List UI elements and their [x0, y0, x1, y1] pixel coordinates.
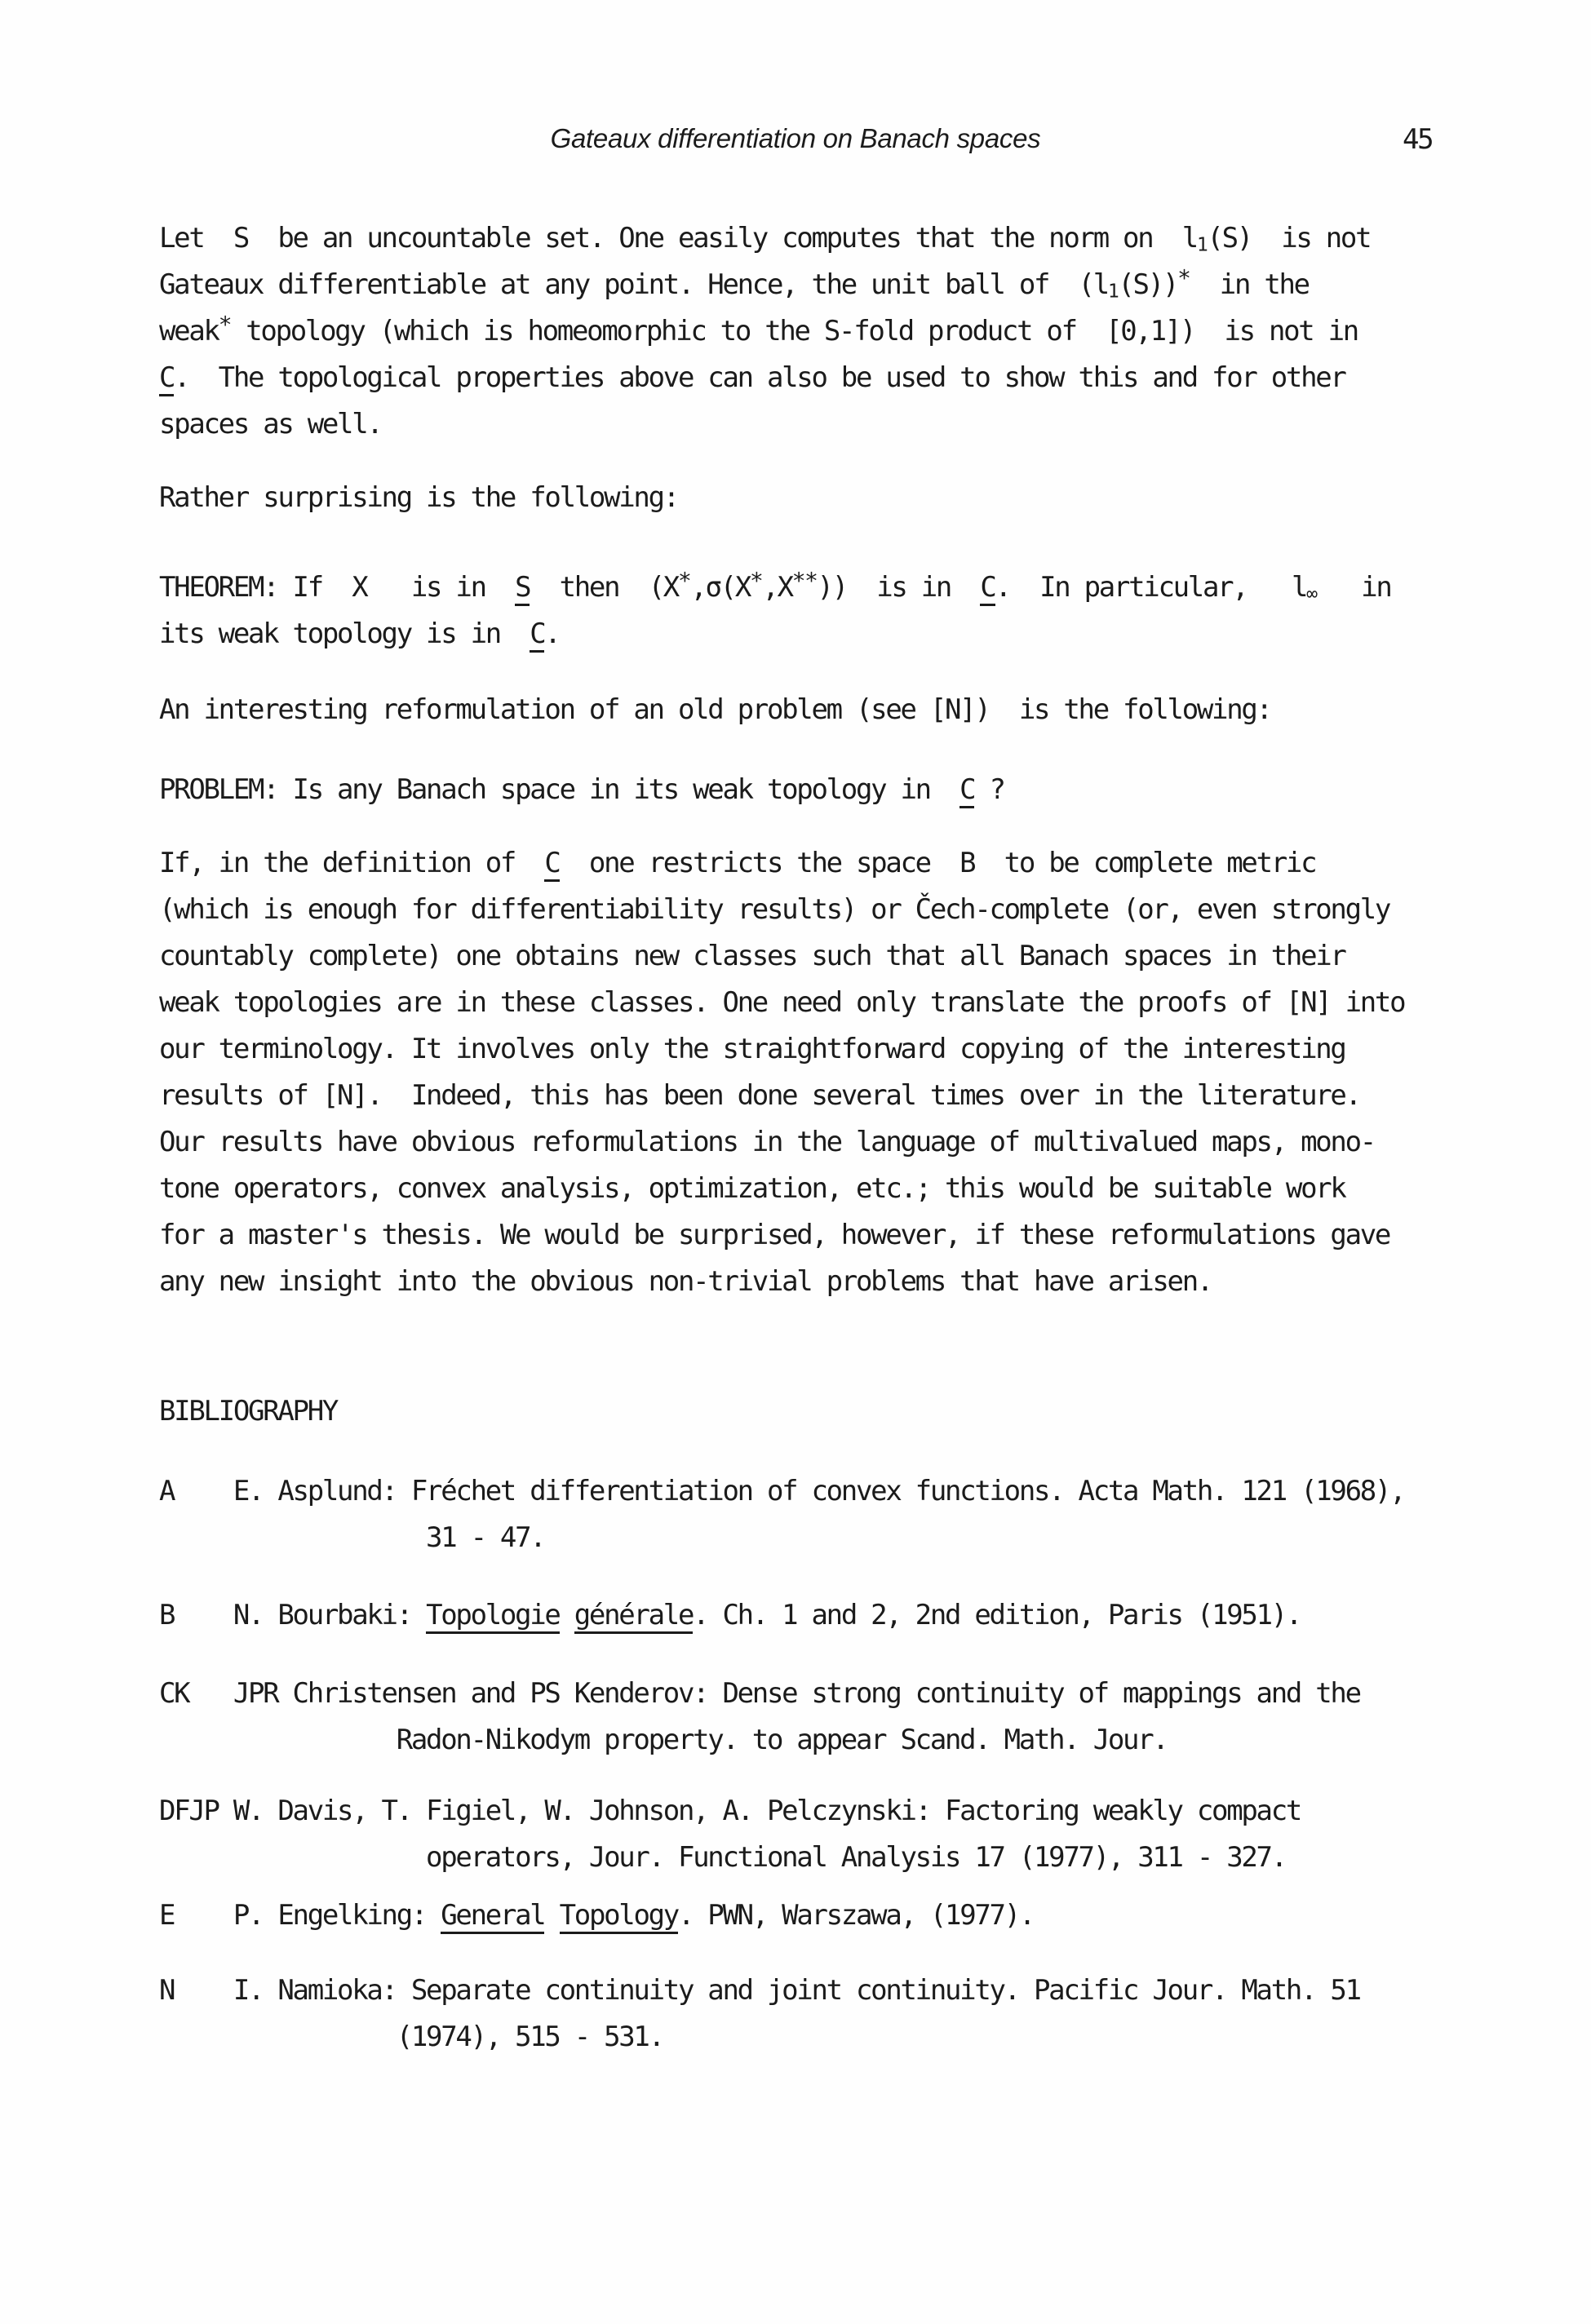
bib-line: E P. Engelking: General Topology. PWN, W… [159, 1892, 1034, 1939]
text-line: weak* topology (which is homeomorphic to… [159, 308, 1370, 355]
bib-entry-namioka: N I. Namioka: Separate continuity and jo… [159, 1968, 1360, 2061]
scanned-paper-page: Gateaux differentiation on Banach spaces… [0, 0, 1591, 2324]
text-line: Gateaux differentiable at any point. Hen… [159, 262, 1370, 308]
bib-entry-dfjp: DFJP W. Davis, T. Figiel, W. Johnson, A.… [159, 1788, 1301, 1881]
bibliography-heading: BIBLIOGRAPHY [159, 1388, 337, 1435]
text-line: THEOREM: If X is in S then (X*,σ(X*,X**)… [159, 564, 1391, 611]
bib-entry-asplund: A E. Asplund: Fréchet differentiation of… [159, 1468, 1404, 1561]
text-line: spaces as well. [159, 401, 1370, 448]
bib-entry-bourbaki: B N. Bourbaki: Topologie générale. Ch. 1… [159, 1592, 1301, 1639]
paragraph-intro: Let S be an uncountable set. One easily … [159, 215, 1370, 448]
text-line: Let S be an uncountable set. One easily … [159, 215, 1370, 262]
text-line: If, in the definition of C one restricts… [159, 840, 1404, 887]
paragraph-problem: PROBLEM: Is any Banach space in its weak… [159, 767, 1004, 813]
bib-line: 31 - 47. [159, 1515, 1404, 1561]
paragraph-theorem: THEOREM: If X is in S then (X*,σ(X*,X**)… [159, 564, 1391, 657]
bib-line: operators, Jour. Functional Analysis 17 … [159, 1835, 1301, 1881]
text-line: An interesting reformulation of an old p… [159, 687, 1271, 733]
bib-entry-engelking: E P. Engelking: General Topology. PWN, W… [159, 1892, 1034, 1939]
bib-line: B N. Bourbaki: Topologie générale. Ch. 1… [159, 1592, 1301, 1639]
text-line: our terminology. It involves only the st… [159, 1026, 1404, 1073]
bib-entry-christensen-kenderov: CK JPR Christensen and PS Kenderov: Dens… [159, 1671, 1360, 1764]
running-head-title: Gateaux differentiation on Banach spaces [0, 122, 1591, 155]
text-line: its weak topology is in C. [159, 611, 1391, 657]
page-number: 45 [1403, 123, 1432, 156]
bib-line: A E. Asplund: Fréchet differentiation of… [159, 1468, 1404, 1515]
text-line: C. The topological properties above can … [159, 355, 1370, 401]
text-line: Rather surprising is the following: [159, 475, 678, 521]
text-line: results of [N]. Indeed, this has been do… [159, 1073, 1404, 1119]
text-line: any new insight into the obvious non-tri… [159, 1259, 1404, 1305]
text-line: for a master's thesis. We would be surpr… [159, 1212, 1404, 1259]
bib-line: N I. Namioka: Separate continuity and jo… [159, 1968, 1360, 2014]
section-title: BIBLIOGRAPHY [159, 1388, 337, 1435]
text-line: (which is enough for differentiability r… [159, 887, 1404, 933]
text-line: weak topologies are in these classes. On… [159, 980, 1404, 1026]
paragraph-rather: Rather surprising is the following: [159, 475, 678, 521]
paragraph-reformulation: An interesting reformulation of an old p… [159, 687, 1271, 733]
text-line: PROBLEM: Is any Banach space in its weak… [159, 767, 1004, 813]
bib-line: (1974), 515 - 531. [159, 2014, 1360, 2061]
text-line: Our results have obvious reformulations … [159, 1119, 1404, 1166]
text-line: countably complete) one obtains new clas… [159, 933, 1404, 980]
text-line: tone operators, convex analysis, optimiz… [159, 1166, 1404, 1212]
bib-line: CK JPR Christensen and PS Kenderov: Dens… [159, 1671, 1360, 1717]
bib-line: DFJP W. Davis, T. Figiel, W. Johnson, A.… [159, 1788, 1301, 1835]
bib-line: Radon-Nikodym property. to appear Scand.… [159, 1717, 1360, 1764]
paragraph-discussion: If, in the definition of C one restricts… [159, 840, 1404, 1305]
